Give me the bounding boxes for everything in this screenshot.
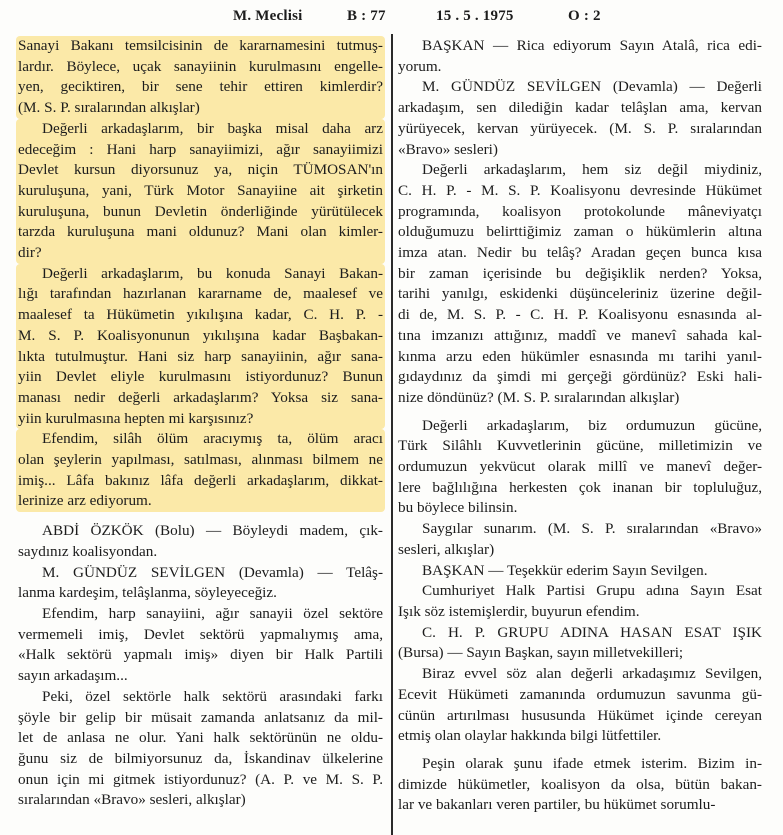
text-line: yen, geciktiren, bir sene tehir ettiren … — [18, 77, 383, 98]
text-line: dimizde hükümetler, koalisyon da olsa, b… — [398, 775, 762, 796]
paragraph: BAŞKAN — Rica ediyorum Sayın Atalâ, rica… — [398, 36, 762, 77]
text-line: Değerli arkadaşlarım, biz ordumuzun gücü… — [398, 416, 762, 437]
text-line: «Bravo» sesleri) — [398, 140, 762, 161]
column-divider — [391, 34, 393, 835]
text-line: Ecevit Hükümeti zamanında ordumuzun savu… — [398, 685, 762, 706]
document-page: M. Meclisi B : 77 15 . 5 . 1975 O : 2 Sa… — [0, 0, 783, 835]
paragraph: M. GÜNDÜZ SEVİLGEN (Devamla) — Telâş-lan… — [18, 563, 383, 604]
text-line: Peki, özel sektörle halk sektörü arasınd… — [18, 687, 383, 708]
text-line: programında, koalisyon protokolunde mâne… — [398, 202, 762, 223]
text-line: Işık söz istemişlerdir, buyurun efendim. — [398, 602, 762, 623]
text-line: tına imzanızı attığınız, maddî ve manevî… — [398, 326, 762, 347]
text-line: Efendim, silâh ölüm aracıymış ta, ölüm a… — [18, 429, 383, 450]
text-line: sayın arkadaşım... — [18, 666, 383, 687]
highlighted-paragraph: Değerli arkadaşlarım, bu konuda Sanayi B… — [16, 264, 385, 430]
paragraph: M. GÜNDÜZ SEVİLGEN (Devamla) — Değerliar… — [398, 77, 762, 160]
text-line: yiin Devlet eliyle kurulmasını istiyordu… — [18, 367, 383, 388]
text-line: Saygılar sunarım. (M. S. P. sıralarından… — [398, 519, 762, 540]
text-line: şöyle bir gelip bir müsait zamanda anlat… — [18, 708, 383, 729]
text-line: kuruluşuna, bunun Devletin önderliğinde … — [18, 202, 383, 223]
text-line: lardır. Böylece, uçak sanayiinin kurulma… — [18, 57, 383, 78]
text-line: maalesef ta Hükümetin yıkılışına kadar, … — [18, 305, 383, 326]
text-line: (Bursa) — Sayın Başkan, sayın milletveki… — [398, 643, 762, 664]
text-line: BAŞKAN — Rica ediyorum Sayın Atalâ, rica… — [398, 36, 762, 57]
text-line: olduğumuzu belirttiğimiz zaman o hükümle… — [398, 222, 762, 243]
text-line: vermemeli imiş, Devlet sektörü yapmalıym… — [18, 625, 383, 646]
sitting-number: O : 2 — [568, 8, 601, 25]
text-line: C. H. P. - M. S. P. Koalisyonu devresind… — [398, 181, 762, 202]
text-line: lanma kardeşim, telâşlanma, söyleyeceğiz… — [18, 583, 383, 604]
text-line: ğunu siz de bilmiyorsunuz da, İskandinav… — [18, 749, 383, 770]
paragraph: ABDİ ÖZKÖK (Bolu) — Böyleydi madem, çık-… — [18, 521, 383, 562]
text-line: (M. S. P. sıralarından alkışlar) — [18, 98, 383, 119]
text-line: sesleri, alkışlar) — [398, 540, 762, 561]
text-line: lere bağlılığına herkesten çok inanan bi… — [398, 478, 762, 499]
text-line: Devlet kursun diyorsunuz ya, niçin TÜMOS… — [18, 160, 383, 181]
paragraph: Saygılar sunarım. (M. S. P. sıralarından… — [398, 519, 762, 560]
text-line: dir? — [18, 243, 383, 264]
session-date: 15 . 5 . 1975 — [436, 8, 514, 25]
text-line: yürüyecek, kervan yürüyecek. (M. S. P. s… — [398, 119, 762, 140]
text-line: onun için mi gitmek istiyordunuz? (A. P.… — [18, 770, 383, 791]
text-line: Değerli arkadaşlarım, bu konuda Sanayi B… — [18, 264, 383, 285]
text-line: ABDİ ÖZKÖK (Bolu) — Böyleydi madem, çık- — [18, 521, 383, 542]
text-line: imiş... Lâfa bakınız lâfa değerli arkada… — [18, 471, 383, 492]
left-column: Sanayi Bakanı temsilcisinin de kararname… — [18, 36, 383, 811]
text-line: cünün artırılması hususunda Hükümet için… — [398, 706, 762, 727]
highlighted-paragraph: Değerli arkadaşlarım, bir başka misal da… — [16, 119, 385, 264]
text-line: bu böylece bilinsin. — [398, 498, 762, 519]
left-column-body: ABDİ ÖZKÖK (Bolu) — Böyleydi madem, çık-… — [18, 521, 383, 811]
paragraph: Peki, özel sektörle halk sektörü arasınd… — [18, 687, 383, 811]
text-line: Değerli arkadaşlarım, hem siz değil miyd… — [398, 160, 762, 181]
page-header: M. Meclisi B : 77 15 . 5 . 1975 O : 2 — [0, 8, 783, 28]
text-line: M. S. P. Koalisyonunun yıkılışına kadar … — [18, 326, 383, 347]
paragraph: Değerli arkadaşlarım, biz ordumuzun gücü… — [398, 416, 762, 520]
text-line: tarihi yanılgı, eskidenki düşünceleriniz… — [398, 284, 762, 305]
text-line: imza atan. Nedir bu telâş? Aradan geçen … — [398, 243, 762, 264]
text-line: Efendim, harp sanayiini, ağır sanayii öz… — [18, 604, 383, 625]
text-line: C. H. P. GRUPU ADINA HASAN ESAT IŞIK — [398, 623, 762, 644]
text-line: manası nedir değerli arkadaşlarım? Yoksa… — [18, 388, 383, 409]
text-line: Peşin olarak şunu ifade etmek isterim. B… — [398, 754, 762, 775]
right-column-body: BAŞKAN — Rica ediyorum Sayın Atalâ, rica… — [398, 36, 762, 816]
text-line: gıdaydınız da şimdi mi gerçeği gördünüz?… — [398, 367, 762, 388]
text-line: BAŞKAN — Teşekkür ederim Sayın Sevilgen. — [398, 561, 762, 582]
text-line: etmiş olan olaylar hakkında bilgi lütfet… — [398, 726, 762, 747]
paragraph: Efendim, harp sanayiini, ağır sanayii öz… — [18, 604, 383, 687]
text-line: «Halk sektörü yapmalı imiş» diyen bir Ha… — [18, 645, 383, 666]
text-line: lerinize arz ediyorum. — [18, 491, 383, 512]
text-line: M. GÜNDÜZ SEVİLGEN (Devamla) — Değerli — [398, 77, 762, 98]
text-line: tarzda kuruluşuna mani oldunuz? Mani ola… — [18, 222, 383, 243]
paragraph: C. H. P. GRUPU ADINA HASAN ESAT IŞIK(Bur… — [398, 623, 762, 664]
text-line: Değerli arkadaşlarım, bir başka misal da… — [18, 119, 383, 140]
paragraph: BAŞKAN — Teşekkür ederim Sayın Sevilgen. — [398, 561, 762, 582]
text-line: M. GÜNDÜZ SEVİLGEN (Devamla) — Telâş- — [18, 563, 383, 584]
text-line: bir zaman içerisinde bu değişiklik nerde… — [398, 264, 762, 285]
text-line: lığı tarafından hazırlanan kararname de,… — [18, 284, 383, 305]
text-line: sıralarından «Bravo» sesleri, alkışlar) — [18, 790, 383, 811]
text-line: Türk Silâhlı Kuvvetlerinin gücüne, mille… — [398, 436, 762, 457]
highlighted-paragraph: Sanayi Bakanı temsilcisinin de kararname… — [16, 36, 385, 119]
highlighted-paragraph: Efendim, silâh ölüm aracıymış ta, ölüm a… — [16, 429, 385, 512]
text-line: olan şeylerin yapılması, satılması, alın… — [18, 450, 383, 471]
text-line: edeceğim : Hani harp sanayiimizi, ağır s… — [18, 140, 383, 161]
paragraph: Değerli arkadaşlarım, hem siz değil miyd… — [398, 160, 762, 408]
text-line: yiin kurulmasına hepten mi karşısınız? — [18, 409, 383, 430]
publication-name: M. Meclisi — [233, 8, 302, 25]
text-line: ordumuzun yekvücut olarak millî ve manev… — [398, 457, 762, 478]
text-line: Cumhuriyet Halk Partisi Grupu adına Sayı… — [398, 581, 762, 602]
paragraph: Peşin olarak şunu ifade etmek isterim. B… — [398, 754, 762, 816]
text-line: yorum. — [398, 57, 762, 78]
text-line: lar ve bakanları veren partiler, bu hükü… — [398, 795, 762, 816]
right-column: BAŞKAN — Rica ediyorum Sayın Atalâ, rica… — [398, 36, 762, 816]
text-line: let de anlasa ne olur. Yani halk sektörü… — [18, 728, 383, 749]
text-line: nize döndünüz? (M. S. P. sıralarından al… — [398, 388, 762, 409]
text-line: arkadaşım, sen dilediğin kadar telâşlan … — [398, 98, 762, 119]
paragraph: Cumhuriyet Halk Partisi Grupu adına Sayı… — [398, 581, 762, 622]
highlighted-passage: Sanayi Bakanı temsilcisinin de kararname… — [18, 36, 383, 512]
text-line: Sanayi Bakanı temsilcisinin de kararname… — [18, 36, 383, 57]
text-line: lıkta tutulmuştur. Hani siz harp sanayii… — [18, 347, 383, 368]
text-line: kınma arzu eden hükümler esnasında mı ta… — [398, 347, 762, 368]
text-line: Biraz evvel söz alan değerli arkadaşımız… — [398, 664, 762, 685]
text-line: di de, M. S. P. - C. H. P. Koalisyonu es… — [398, 305, 762, 326]
paragraph: Biraz evvel söz alan değerli arkadaşımız… — [398, 664, 762, 747]
text-line: kuruluşuna, yani, Türk Motor Sanayiine a… — [18, 181, 383, 202]
session-number: B : 77 — [347, 8, 386, 25]
text-line: saydınız koalisyondan. — [18, 542, 383, 563]
